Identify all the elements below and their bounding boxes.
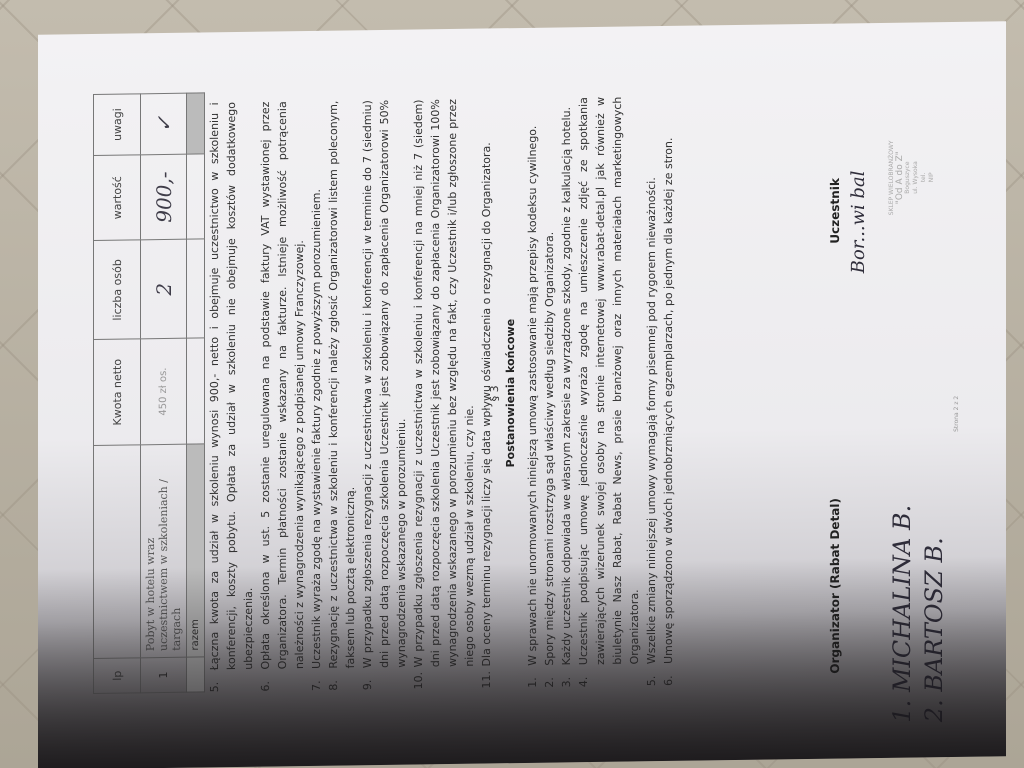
clause-item: 9.W przypadku zgłoszenia rezygnacji z uc… — [359, 100, 410, 691]
clause-item: 4.Uczestnik podpisując umowę jednocześni… — [575, 96, 643, 687]
clause-text: W sprawach nie unormowanych niniejszą um… — [524, 98, 541, 666]
clause-text: W przypadku zgłoszenia rezygnacji z ucze… — [359, 100, 410, 669]
clause-number: 5. — [206, 670, 257, 693]
table-row: 1 Pobyt w hotelu wraz uczestnictwem w sz… — [141, 93, 187, 693]
clause-text: Każdy uczestnik odpowiada we własnym zak… — [558, 97, 575, 665]
clause-text: Spory między stronami rozstrzyga sąd wła… — [541, 97, 558, 665]
clause-item: 8.Rezygnację z uczestnictwa w szkoleniu … — [325, 100, 359, 690]
page-number: Strona 2 z 2 — [953, 396, 960, 432]
clause-item: 2.Spory między stronami rozstrzyga sąd w… — [541, 97, 558, 687]
clause-text: Wszelkie zmiany niniejszej umowy wymagaj… — [643, 96, 660, 664]
clause-text: Uczestnik wyraża zgodę na wystawienie fa… — [308, 101, 325, 669]
clause-number: 3. — [558, 665, 575, 687]
header-uwagi: uwagi — [94, 94, 141, 156]
clause-item: 6.Opłata określona w ust. 5 zostanie ure… — [257, 101, 308, 692]
header-wartosc: wartość — [94, 155, 141, 241]
clause-text: W przypadku zgłoszenia rezygnacji z ucze… — [410, 99, 478, 668]
clauses-list-part1: 5.Łączna kwota za udział w szkoleniu wyn… — [206, 98, 495, 692]
clause-number: 5. — [643, 664, 660, 686]
clause-text: Rezygnację z uczestnictwa w szkoleniu i … — [325, 100, 359, 668]
clause-number: 1. — [524, 666, 541, 688]
header-liczba: liczba osób — [94, 240, 141, 339]
handwritten-name-1: 1. MICHALINA B. — [888, 505, 916, 723]
clause-number: 9. — [359, 668, 410, 691]
document-sheet: lp Kwota netto liczba osób wartość uwagi… — [38, 21, 1006, 768]
table-total-row: razem — [187, 93, 205, 692]
clause-number: 7. — [308, 669, 325, 691]
clause-item: 10.W przypadku zgłoszenia rezygnacji z u… — [410, 99, 478, 690]
clause-number: 2. — [541, 665, 558, 687]
clause-item: 5.Wszelkie zmiany niniejszej umowy wymag… — [643, 96, 660, 686]
clause-text: Opłata określona w ust. 5 zostanie uregu… — [257, 101, 308, 670]
clause-number: 4. — [575, 664, 643, 687]
clauses-list-part2: 1.W sprawach nie unormowanych niniejszą … — [524, 96, 677, 688]
clause-text: Umowę sporządzono w dwóch jednobrzmiącyc… — [660, 96, 677, 664]
pricing-table: lp Kwota netto liczba osób wartość uwagi… — [93, 92, 205, 694]
clause-number: 6. — [660, 664, 677, 686]
cell-lp: 1 — [141, 657, 187, 693]
clause-text: Łączna kwota za udział w szkoleniu wynos… — [206, 102, 257, 671]
handwritten-name-2: 2. BARTOSZ B. — [920, 537, 948, 722]
clause-number: 6. — [257, 669, 308, 692]
total-label: razem — [187, 444, 205, 657]
company-stamp: SKLEP WIELOBRANŻOWY "Od A do Z" Boguszyc… — [888, 122, 936, 233]
document-content: lp Kwota netto liczba osób wartość uwagi… — [88, 71, 988, 724]
clause-item: 5.Łączna kwota za udział w szkoleniu wyn… — [206, 102, 257, 693]
participant-label: Uczestnik — [828, 178, 842, 244]
header-kwota: Kwota netto — [94, 339, 141, 445]
clause-item: 1.W sprawach nie unormowanych niniejszą … — [524, 98, 541, 688]
clause-text: Uczestnik podpisując umowę jednocześnie … — [575, 96, 643, 665]
clause-number: 10. — [410, 667, 478, 690]
cell-wartosc: 900,- — [141, 154, 187, 240]
section-title: Postanowienia końcowe — [504, 98, 517, 688]
clause-item: 6.Umowę sporządzono w dwóch jednobrzmiąc… — [660, 96, 677, 686]
cell-description: Pobyt w hotelu wraz uczestnictwem w szko… — [141, 444, 187, 658]
clause-number: 8. — [325, 668, 359, 690]
clause-item: 7.Uczestnik wyraża zgodę na wystawienie … — [308, 101, 325, 691]
cell-liczba: 2 — [141, 240, 187, 339]
section-number: § 3 — [488, 98, 501, 688]
clause-item: 3.Każdy uczestnik odpowiada we własnym z… — [558, 97, 575, 687]
table-header-row: lp Kwota netto liczba osób wartość uwagi — [94, 94, 141, 694]
cell-uwagi-checkmark: ✓ — [141, 93, 187, 155]
organizer-label: Organizator (Rabat Detal) — [828, 498, 842, 674]
header-description — [94, 445, 141, 659]
participant-signature: Bor...wi bal — [848, 170, 869, 273]
header-lp: lp — [94, 658, 141, 694]
cell-kwota: 450 zł os. — [141, 338, 187, 444]
